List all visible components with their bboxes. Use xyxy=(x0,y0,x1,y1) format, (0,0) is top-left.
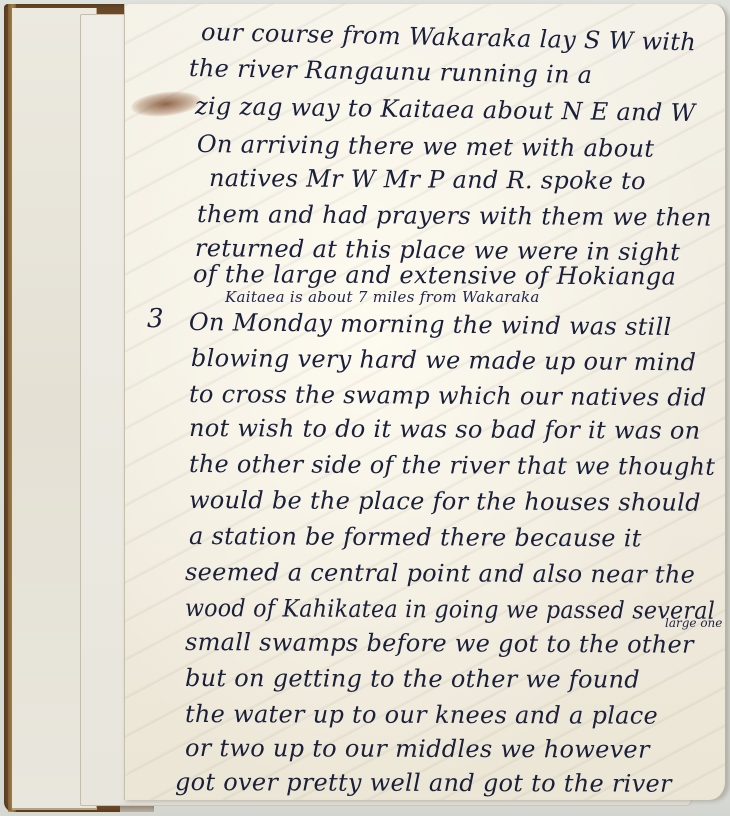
journal-page: 3 our course from Wakaraka lay S W with … xyxy=(124,4,727,800)
text-line: but on getting to the other we found xyxy=(185,664,640,694)
text-line: On arriving there we met with about xyxy=(197,130,655,163)
text-line: them and had prayers with them we then xyxy=(197,200,712,232)
text-line: wood of Kahikatea in going we passed sev… xyxy=(185,594,715,625)
text-line: zig zag way to Kaitaea about N E and W xyxy=(195,92,696,127)
text-line: got over pretty well and got to the rive… xyxy=(175,768,672,798)
text-line: blowing very hard we made up our mind xyxy=(191,344,696,376)
text-line: not wish to do it was so bad for it was … xyxy=(189,414,701,445)
text-line: of the large and extensive of Hokianga xyxy=(193,260,676,291)
interlinear-insertion: Kaitaea is about 7 miles from Wakaraka xyxy=(225,288,540,306)
text-line: our course from Wakaraka lay S W with xyxy=(201,18,697,56)
handwritten-text: our course from Wakaraka lay S W with th… xyxy=(125,4,725,800)
manuscript-photo: 3 our course from Wakaraka lay S W with … xyxy=(0,0,730,816)
interlinear-insertion: large one xyxy=(665,616,722,630)
text-line: would be the place for the houses should xyxy=(189,486,701,517)
page-bottom-shadow xyxy=(120,798,730,816)
text-line: the other side of the river that we thou… xyxy=(189,450,715,481)
text-line: On Monday morning the wind was still xyxy=(189,308,672,341)
text-line: to cross the swamp which our natives did xyxy=(189,380,707,412)
text-line: a station be formed there because it xyxy=(189,522,642,552)
text-line: the river Rangaunu running in a xyxy=(189,54,593,89)
text-line: natives Mr W Mr P and R. spoke to xyxy=(209,164,646,195)
text-line: the water up to our knees and a place xyxy=(185,700,658,730)
text-line: seemed a central point and also near the xyxy=(185,558,695,589)
text-line: small swamps before we got to the other xyxy=(185,628,694,659)
text-line: or two up to our middles we however xyxy=(185,734,650,764)
